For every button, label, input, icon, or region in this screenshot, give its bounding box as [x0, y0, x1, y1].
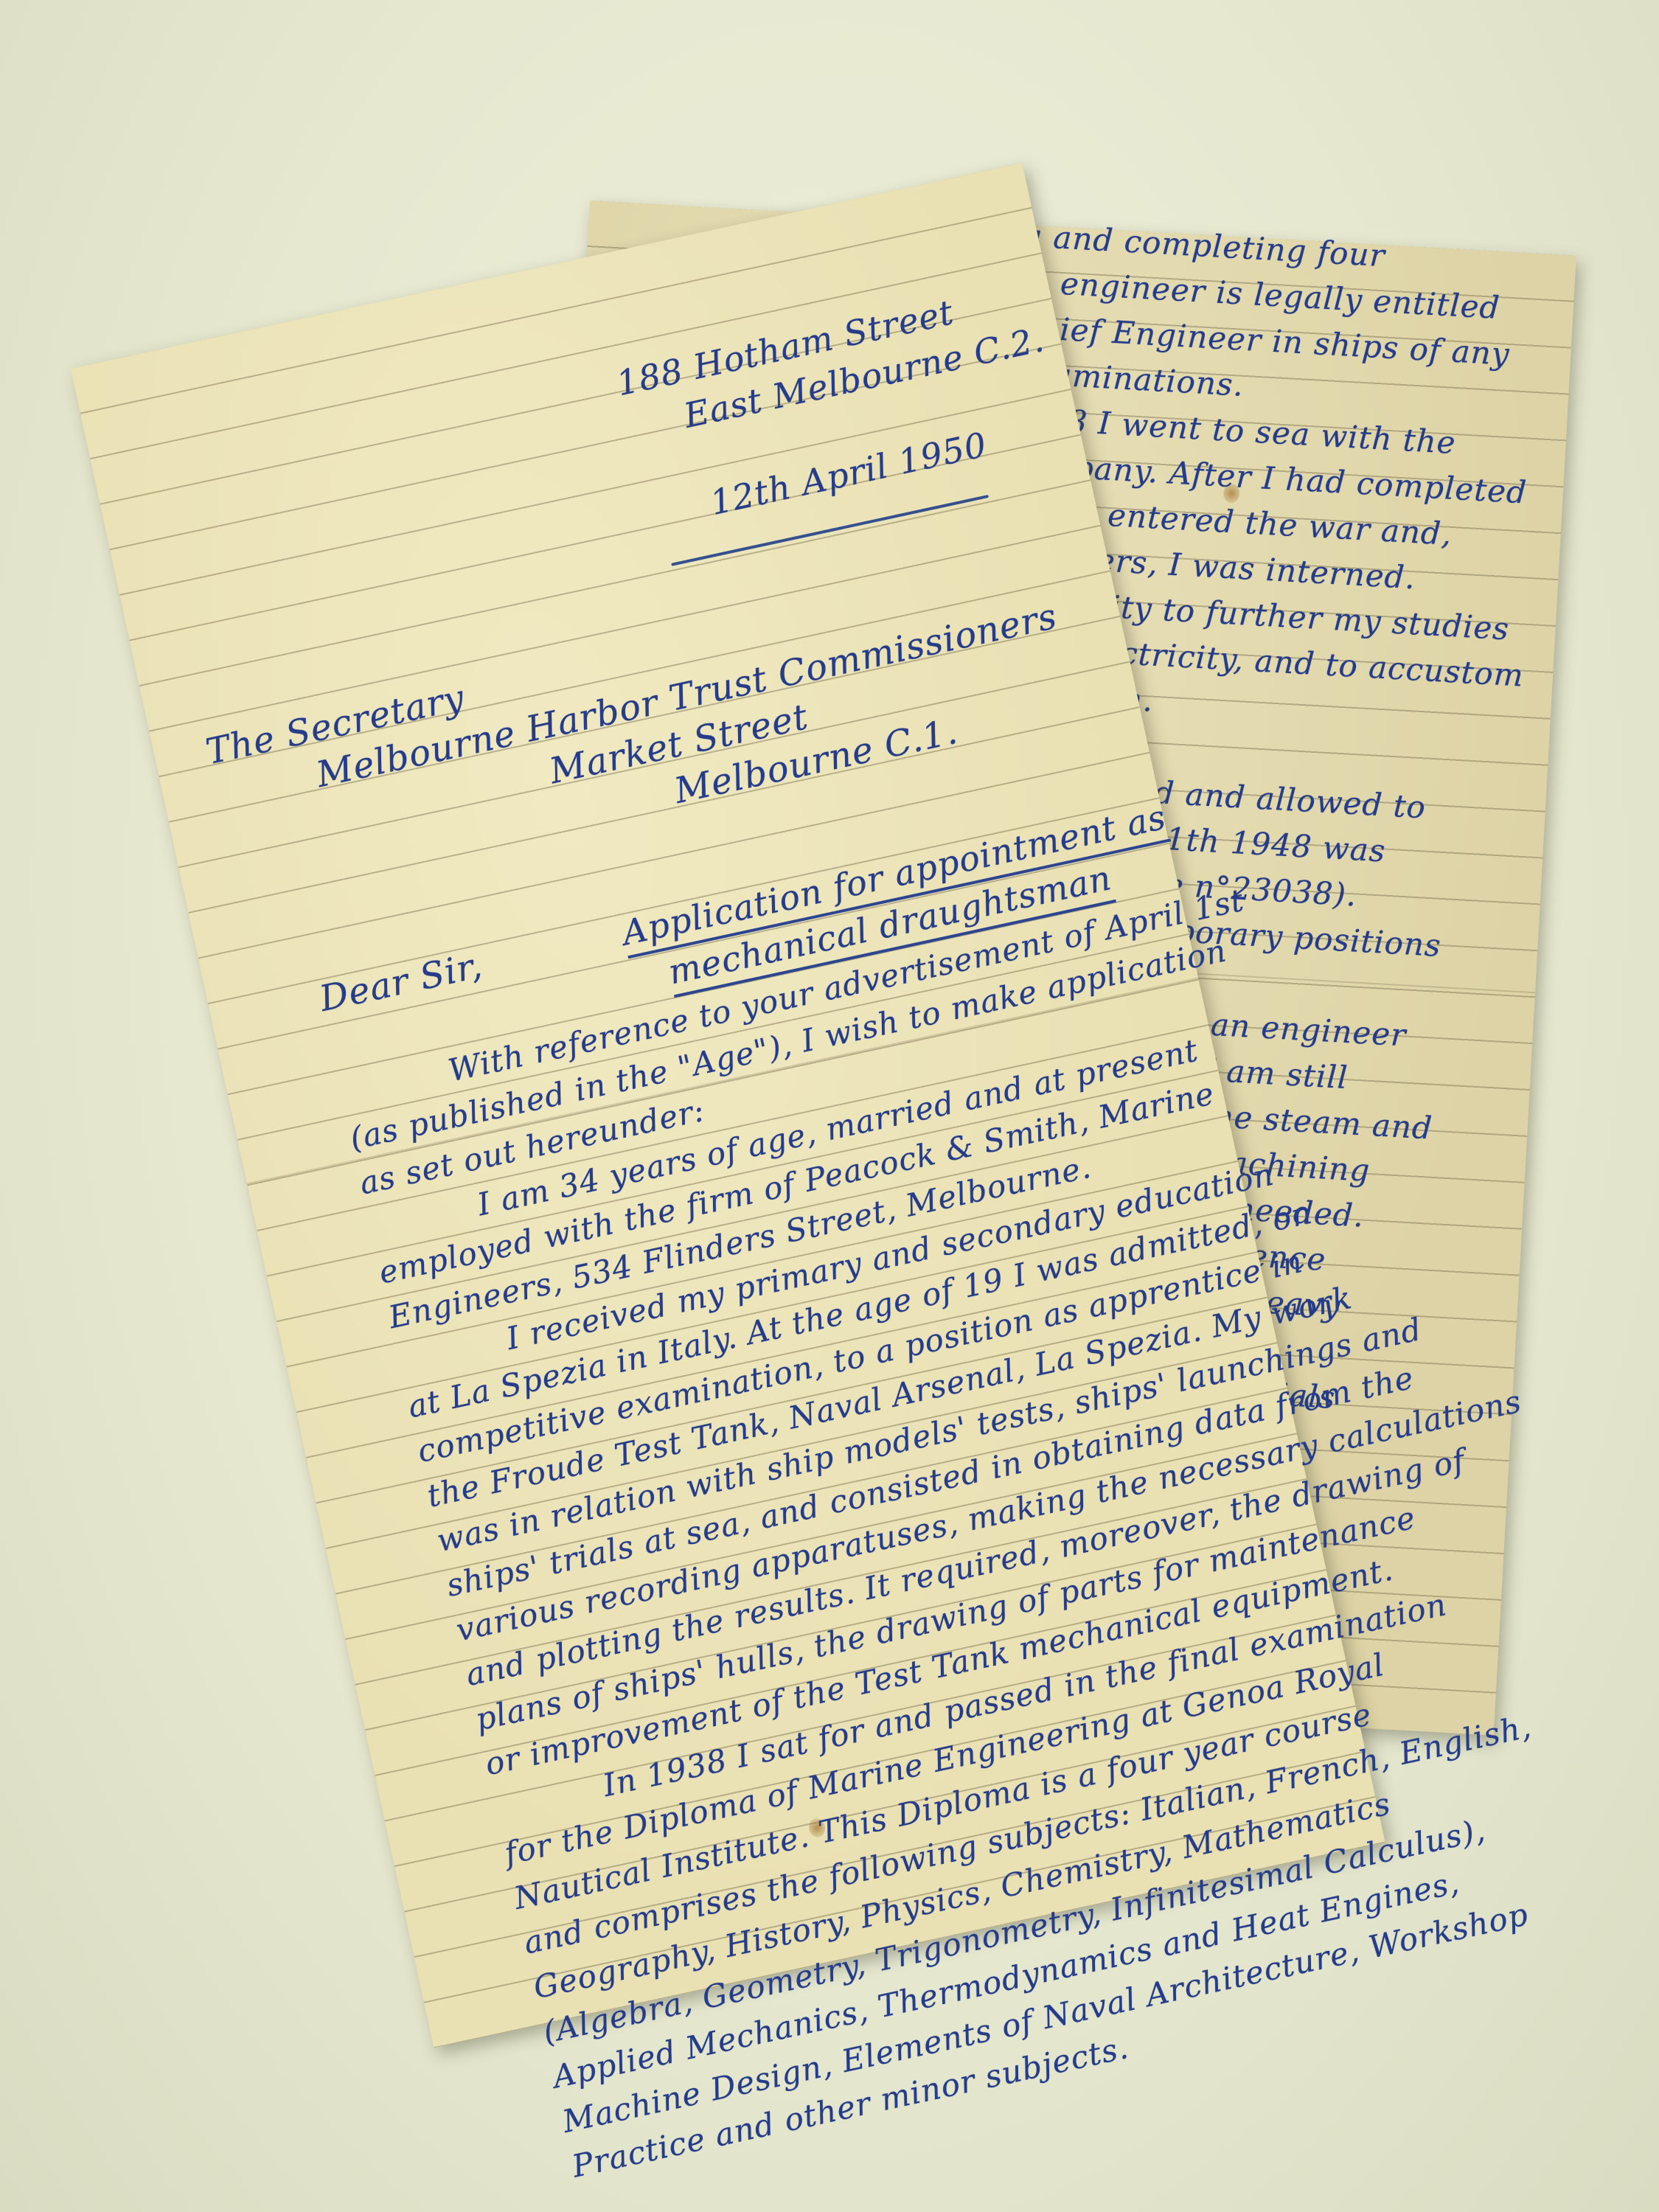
salutation: Dear Sir, — [316, 945, 487, 1020]
letter-date: 12th April 1950 — [707, 425, 991, 524]
back-line: a and completing four — [1023, 218, 1386, 274]
